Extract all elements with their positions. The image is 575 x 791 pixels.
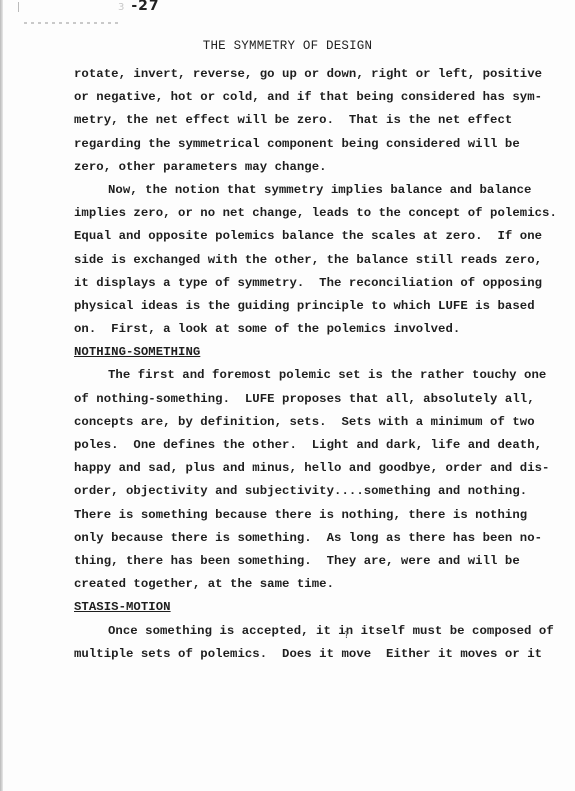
line-text: happy and sad, plus and minus, hello and… [74,461,549,475]
line-text: physical ideas is the guiding principle … [74,299,535,313]
line-text: Equal and opposite polemics balance the … [74,229,542,243]
page-title: THE SYMMETRY OF DESIGN [0,39,575,53]
text-line: physical ideas is the guiding principle … [74,295,544,318]
text-line: or negative, hot or cold, and if that be… [74,86,544,109]
page-number-faint: 3 [118,2,125,13]
section-heading: STASIS-MOTION [74,596,544,619]
text-line: metry, the net effect will be zero. That… [74,109,544,132]
line-text: Now, the notion that symmetry implies ba… [108,183,531,197]
line-text: poles. One defines the other. Light and … [74,438,542,452]
line-text: regarding the symmetrical component bein… [74,137,520,151]
text-line: Now, the notion that symmetry implies ba… [74,179,544,202]
page-number: -27 [131,0,159,14]
line-text: Once something is accepted, it in itself… [108,624,554,638]
line-text: order, objectivity and subjectivity....s… [74,484,527,498]
line-text: side is exchanged with the other, the ba… [74,253,542,267]
text-line: implies zero, or no net change, leads to… [74,202,544,225]
text-line: it displays a type of symmetry. The reco… [74,272,544,295]
text-line: of nothing-something. LUFE proposes that… [74,388,544,411]
text-line: The first and foremost polemic set is th… [74,364,544,387]
text-line: multiple sets of polemics. Does it move … [74,643,544,666]
line-text: The first and foremost polemic set is th… [108,368,546,382]
text-line: happy and sad, plus and minus, hello and… [74,457,544,480]
page-number-mark: 3-27 [118,0,160,14]
line-text: STASIS-MOTION [74,600,171,614]
scan-mark [18,2,21,12]
scan-edge [0,0,3,791]
text-line: created together, at the same time. [74,573,544,596]
text-line: thing, there has been something. They ar… [74,550,544,573]
text-line: only because there is something. As long… [74,527,544,550]
line-text: or negative, hot or cold, and if that be… [74,90,542,104]
line-text: metry, the net effect will be zero. That… [74,113,512,127]
line-text: NOTHING-SOMETHING [74,345,200,359]
line-text: created together, at the same time. [74,577,334,591]
text-line: Once something is accepted, it in itself… [74,620,544,643]
text-line: poles. One defines the other. Light and … [74,434,544,457]
line-text: only because there is something. As long… [74,531,542,545]
text-line: concepts are, by definition, sets. Sets … [74,411,544,434]
text-line: rotate, invert, reverse, go up or down, … [74,63,544,86]
text-line: regarding the symmetrical component bein… [74,133,544,156]
text-line: side is exchanged with the other, the ba… [74,249,544,272]
line-text: rotate, invert, reverse, go up or down, … [74,67,542,81]
text-line: Equal and opposite polemics balance the … [74,225,544,248]
line-text: multiple sets of polemics. Does it move … [74,647,542,661]
section-heading: NOTHING-SOMETHING [74,341,544,364]
line-text: zero, other parameters may change. [74,160,327,174]
line-text: implies zero, or no net change, leads to… [74,206,557,220]
line-text: There is something because there is noth… [74,508,527,522]
text-line: zero, other parameters may change. [74,156,544,179]
text-line: on. First, a look at some of the polemic… [74,318,544,341]
line-text: of nothing-something. LUFE proposes that… [74,392,535,406]
handwritten-question-mark: ? [344,630,349,641]
text-line: order, objectivity and subjectivity....s… [74,480,544,503]
text-line: There is something because there is noth… [74,504,544,527]
scan-smudge [24,22,120,24]
document-body: rotate, invert, reverse, go up or down, … [74,63,544,666]
line-text: it displays a type of symmetry. The reco… [74,276,542,290]
line-text: thing, there has been something. They ar… [74,554,520,568]
line-text: on. First, a look at some of the polemic… [74,322,460,336]
line-text: concepts are, by definition, sets. Sets … [74,415,535,429]
